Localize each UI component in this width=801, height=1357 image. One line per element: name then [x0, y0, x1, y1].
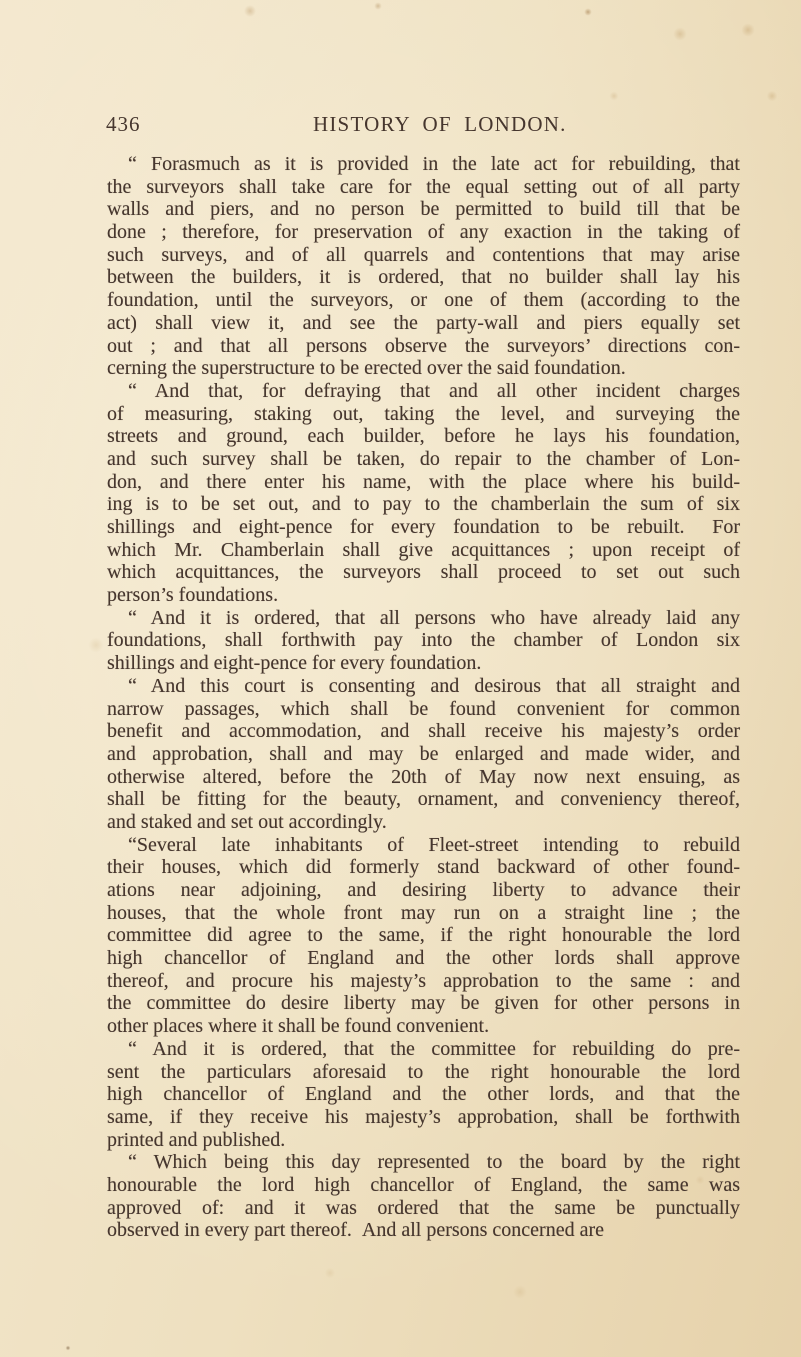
text-line: narrow passages, which shall be found co… — [107, 698, 740, 721]
text-line: foundation, until the surveyors, or one … — [107, 289, 740, 312]
text-line: which Mr. Chamberlain shall give acquitt… — [107, 539, 740, 562]
text-line: shillings and eight-pence for every foun… — [107, 516, 740, 539]
text-line: houses, that the whole front may run on … — [107, 902, 740, 925]
text-line: otherwise altered, before the 20th of Ma… — [107, 766, 740, 789]
text-line: shillings and eight-pence for every foun… — [107, 652, 740, 675]
text-line: out ; and that all persons observe the s… — [107, 335, 740, 358]
text-line: between the builders, it is ordered, tha… — [107, 266, 740, 289]
text-line: which acquittances, the surveyors shall … — [107, 561, 740, 584]
text-line: “ Forasmuch as it is provided in the lat… — [107, 153, 740, 176]
text-line: “ And this court is consenting and desir… — [107, 675, 740, 698]
text-line: “ And it is ordered, that all persons wh… — [107, 607, 740, 630]
text-line: high chancellor of England and the other… — [107, 947, 740, 970]
text-line: “ And it is ordered, that the committee … — [107, 1038, 740, 1061]
text-line: their houses, which did formerly stand b… — [107, 856, 740, 879]
text-line: printed and published. — [107, 1129, 740, 1152]
text-line: done ; therefore, for preservation of an… — [107, 221, 740, 244]
text-line: ations near adjoining, and desiring libe… — [107, 879, 740, 902]
text-line: person’s foundations. — [107, 584, 740, 607]
text-line: “ Which being this day represented to th… — [107, 1151, 740, 1174]
text-line: sent the particulars aforesaid to the ri… — [107, 1061, 740, 1084]
text-line: and approbation, shall and may be enlarg… — [107, 743, 740, 766]
page-body: “ Forasmuch as it is provided in the lat… — [107, 153, 740, 1242]
text-line: and such survey shall be taken, do repai… — [107, 448, 740, 471]
text-line: observed in every part thereof. And all … — [107, 1219, 740, 1242]
text-line: don, and there enter his name, with the … — [107, 471, 740, 494]
text-line: benefit and accommodation, and shall rec… — [107, 720, 740, 743]
text-line: shall be fitting for the beauty, ornamen… — [107, 788, 740, 811]
text-line: same, if they receive his majesty’s appr… — [107, 1106, 740, 1129]
text-line: cerning the superstructure to be erected… — [107, 357, 740, 380]
text-line: such surveys, and of all quarrels and co… — [107, 244, 740, 267]
page-number: 436 — [106, 112, 141, 137]
text-line: approved of: and it was ordered that the… — [107, 1197, 740, 1220]
text-line: the surveyors shall take care for the eq… — [107, 176, 740, 199]
text-line: “Several late inhabitants of Fleet-stree… — [107, 834, 740, 857]
text-line: the committee do desire liberty may be g… — [107, 992, 740, 1015]
text-line: other places where it shall be found con… — [107, 1015, 740, 1038]
text-line: honourable the lord high chancellor of E… — [107, 1174, 740, 1197]
text-line: “ And that, for defraying that and all o… — [107, 380, 740, 403]
text-line: walls and piers, and no person be permit… — [107, 198, 740, 221]
book-page: 436 HISTORY OF LONDON. “ Forasmuch as it… — [0, 0, 801, 1357]
running-title: HISTORY OF LONDON. — [313, 112, 567, 137]
text-line: ing is to be set out, and to pay to the … — [107, 493, 740, 516]
page-header: 436 HISTORY OF LONDON. — [0, 112, 801, 136]
text-line: streets and ground, each builder, before… — [107, 425, 740, 448]
text-line: and staked and set out accordingly. — [107, 811, 740, 834]
text-line: foundations, shall forthwith pay into th… — [107, 629, 740, 652]
text-line: thereof, and procure his majesty’s appro… — [107, 970, 740, 993]
text-line: act) shall view it, and see the party-wa… — [107, 312, 740, 335]
text-line: of measuring, staking out, taking the le… — [107, 403, 740, 426]
text-line: high chancellor of England and the other… — [107, 1083, 740, 1106]
text-line: committee did agree to the same, if the … — [107, 924, 740, 947]
